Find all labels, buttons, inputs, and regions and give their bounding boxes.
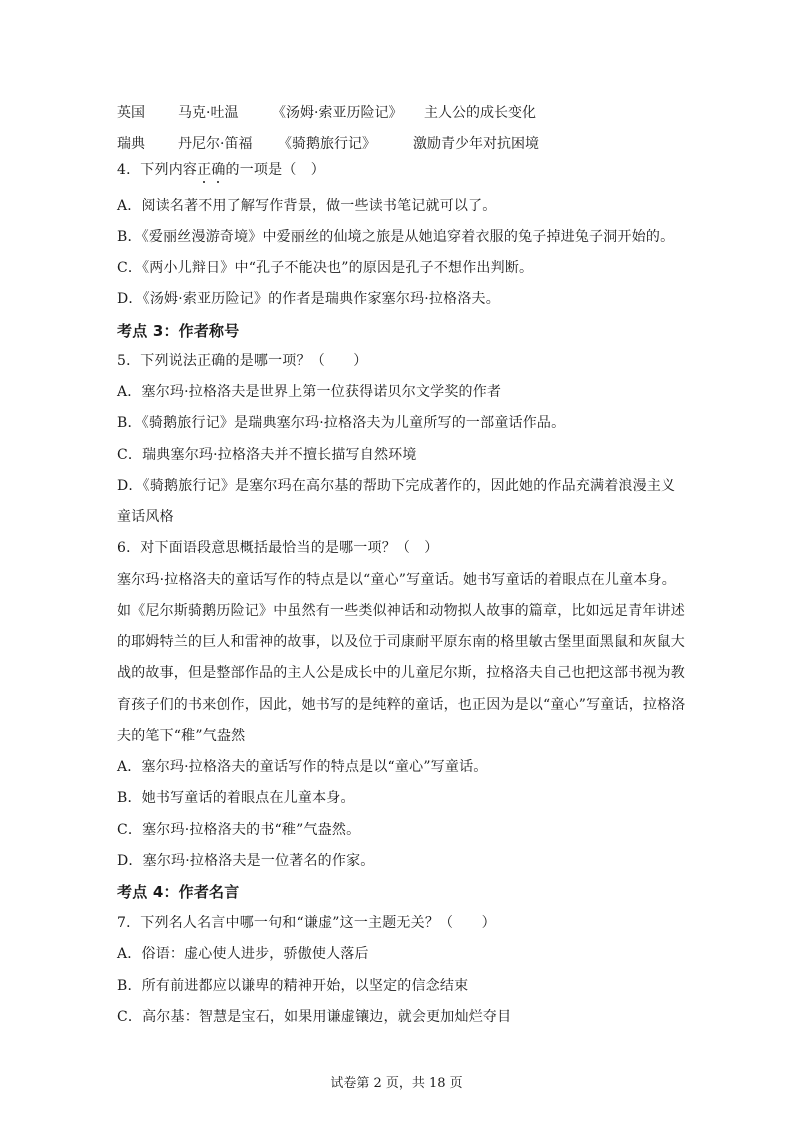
option-c: C．《两小儿辩日》中“孔子不能决也”的原因是孔子不想作出判断。: [117, 259, 533, 277]
passage-line: 夫的笔下“稚”气盎然: [117, 727, 245, 745]
emphasis-char: 确: [211, 162, 225, 178]
page-footer: 试卷第 2 页，共 18 页: [0, 1076, 793, 1092]
section-heading: 考点 3：作者称号: [117, 322, 239, 340]
option-b: B．她书写童话的着眼点在儿童本身。: [117, 789, 355, 807]
cell-author: 马克·吐温: [178, 104, 238, 122]
option-d-continued: 童话风格: [117, 508, 174, 526]
option-c: C．塞尔玛·拉格洛夫的书“稚”气盎然。: [117, 821, 360, 839]
question-6-stem: 6．对下面语段意思概括最恰当的是哪一项？（ ）: [117, 539, 439, 557]
option-b: B．所有前进都应以谦卑的精神开始，以坚定的信念结束: [117, 977, 468, 995]
cell-book: 《骑鹅旅行记》: [278, 135, 376, 153]
passage-line: 的耶姆特兰的巨人和雷神的故事，以及位于司康耐平原东南的格里敏古堡里面黑鼠和灰鼠大: [117, 633, 685, 651]
option-a: A．俗语：虚心使人进步，骄傲使人落后: [117, 945, 369, 963]
option-a: A．阅读名著不用了解写作背景，做一些读书笔记就可以了。: [117, 197, 497, 215]
cell-book: 《汤姆·索亚历险记》: [272, 104, 402, 122]
cell-author: 丹尼尔·笛福: [178, 135, 252, 153]
passage-line: 育孩子们的书来创作，因此，她书写的是纯粹的童话，也正因为是以“童心”写童话，拉格…: [117, 696, 686, 714]
option-a: A．塞尔玛·拉格洛夫是世界上第一位获得诺贝尔文学奖的作者: [117, 383, 501, 401]
option-d: D．《汤姆·索亚历险记》的作者是瑞典作家塞尔玛·拉格洛夫。: [117, 290, 500, 308]
option-c: C．高尔基：智慧是宝石，如果用谦虚镶边，就会更加灿烂夺目: [117, 1008, 511, 1026]
cell-theme: 激励青少年对抗困境: [413, 135, 539, 153]
question-4-stem: 4．下列内容正确的一项是（ ）: [117, 161, 325, 179]
stem-text: 4．下列内容: [117, 162, 197, 178]
option-a: A．塞尔玛·拉格洛夫的童话写作的特点是以“童心”写童话。: [117, 758, 487, 776]
question-7-stem: 7．下列名人名言中哪一句和“谦虚”这一主题无关？（ ）: [117, 914, 496, 932]
cell-country: 英国: [117, 104, 145, 122]
option-d: D．塞尔玛·拉格洛夫是一位著名的作家。: [117, 852, 374, 870]
cell-country: 瑞典: [117, 135, 145, 153]
option-c: C．瑞典塞尔玛·拉格洛夫并不擅长描写自然环境: [117, 446, 417, 464]
stem-text: 的一项是（ ）: [226, 162, 325, 178]
emphasis-char: 正: [197, 162, 211, 178]
question-5-stem: 5．下列说法正确的是哪一项？（ ）: [117, 352, 368, 370]
cell-theme: 主人公的成长变化: [424, 104, 536, 122]
option-b: B．《骑鹅旅行记》是瑞典塞尔玛·拉格洛夫为儿童所写的一部童话作品。: [117, 414, 565, 432]
passage-line: 塞尔玛·拉格洛夫的童话写作的特点是以“童心”写童话。她书写童话的着眼点在儿童本身…: [117, 571, 676, 589]
exam-page: 英国 马克·吐温 《汤姆·索亚历险记》 主人公的成长变化 瑞典 丹尼尔·笛福 《…: [0, 0, 793, 1122]
passage-line: 如《尼尔斯骑鹅历险记》中虽然有一些类似神话和动物拟人故事的篇章，比如远足青年讲述: [117, 602, 685, 620]
section-heading: 考点 4：作者名言: [117, 883, 239, 901]
option-b: B．《爱丽丝漫游奇境》中爱丽丝的仙境之旅是从她追穿着衣服的兔子掉进兔子洞开始的。: [117, 228, 674, 246]
option-d: D．《骑鹅旅行记》是塞尔玛在高尔基的帮助下完成著作的，因此她的作品充满着浪漫主义: [117, 477, 675, 495]
passage-line: 战的故事，但是整部作品的主人公是成长中的儿童尼尔斯，拉格洛夫自己也把这部书视为教: [117, 664, 685, 682]
